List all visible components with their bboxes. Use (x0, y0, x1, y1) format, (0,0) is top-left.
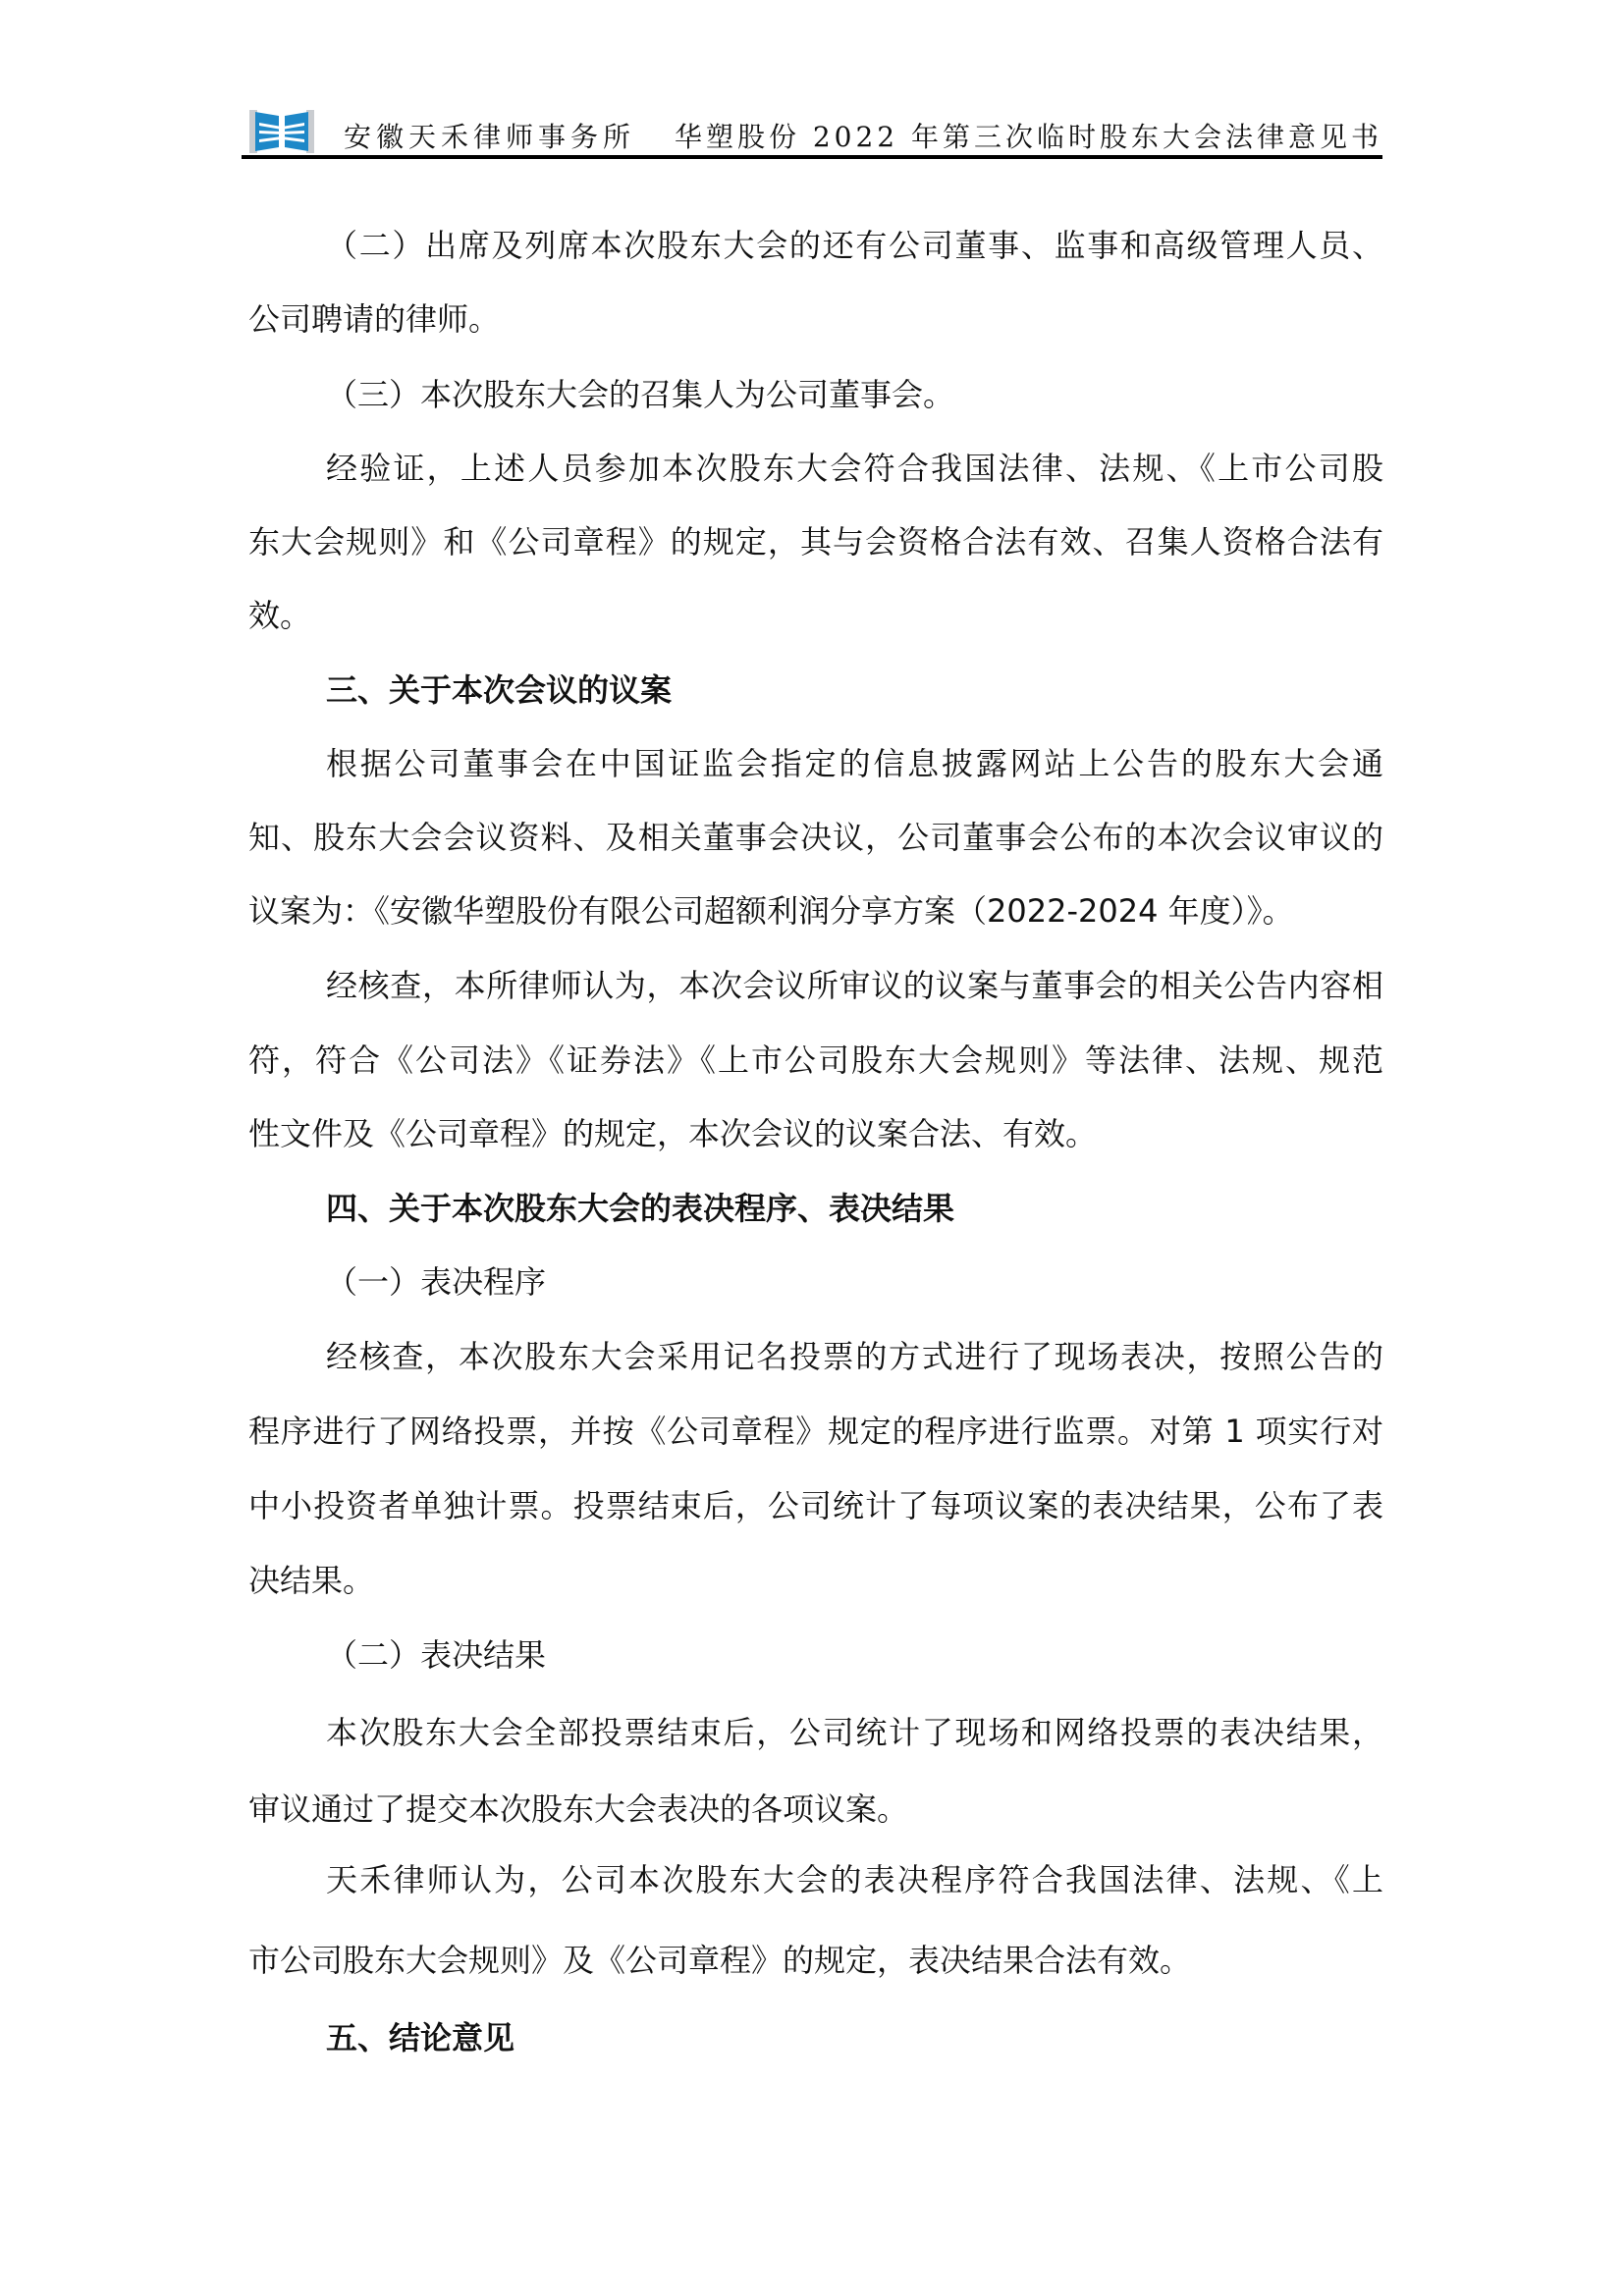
section-heading-3: 三、关于本次会议的议案 (326, 668, 1383, 712)
paragraph-line: 本次股东大会全部投票结束后，公司统计了现场和网络投票的表决结果， (326, 1711, 1383, 1754)
subsection-title: （二）表决结果 (326, 1633, 1461, 1677)
paragraph-line: 符，符合《公司法》《证券法》《上市公司股东大会规则》等法律、法规、规范 (248, 1039, 1383, 1082)
paragraph-line: 经核查，本所律师认为，本次会议所审议的议案与董事会的相关公告内容相 (326, 964, 1383, 1007)
paragraph-line: 天禾律师认为，公司本次股东大会的表决程序符合我国法律、法规、《上 (326, 1858, 1383, 1901)
paragraph-line: 性文件及《公司章程》的规定，本次会议的议案合法、有效。 (248, 1112, 1383, 1155)
paragraph-line: 经验证，上述人员参加本次股东大会符合我国法律、法规、《上市公司股 (326, 447, 1383, 490)
paragraph-line: 效。 (248, 594, 1383, 637)
paragraph-line: 程序进行了网络投票，并按《公司章程》规定的程序进行监票。对第 1 项实行对 (248, 1410, 1383, 1453)
section-heading-5: 五、结论意见 (326, 2016, 1383, 2059)
paragraph-line: 中小投资者单独计票。投票结束后，公司统计了每项议案的表决结果，公布了表 (248, 1484, 1383, 1527)
header-divider (242, 155, 1382, 159)
page-header: 安徽天禾律师事务所 华塑股份 2022 年第三次临时股东大会法律意见书 (242, 106, 1382, 161)
section-heading-4: 四、关于本次股东大会的表决程序、表决结果 (326, 1187, 1383, 1230)
document-title: 华塑股份 2022 年第三次临时股东大会法律意见书 (675, 116, 1382, 155)
law-firm-logo-icon (249, 110, 314, 153)
paragraph-line: 公司聘请的律师。 (248, 297, 1383, 341)
paragraph-line: 经核查，本次股东大会采用记名投票的方式进行了现场表决，按照公告的 (326, 1335, 1383, 1378)
paragraph-line: 知、股东大会会议资料、及相关董事会决议，公司董事会公布的本次会议审议的 (248, 816, 1383, 859)
paragraph-line: （二）出席及列席本次股东大会的还有公司董事、监事和高级管理人员、 (326, 224, 1383, 267)
paragraph-line: （三）本次股东大会的召集人为公司董事会。 (326, 373, 1383, 416)
paragraph-line: 市公司股东大会规则》及《公司章程》的规定，表决结果合法有效。 (248, 1939, 1383, 1982)
paragraph-line: 议案为：《安徽华塑股份有限公司超额利润分享方案（2022-2024 年度）》。 (248, 889, 1383, 933)
paragraph-line: 审议通过了提交本次股东大会表决的各项议案。 (248, 1788, 1383, 1831)
firm-name: 安徽天禾律师事务所 (344, 116, 635, 155)
paragraph-line: 东大会规则》和《公司章程》的规定，其与会资格合法有效、召集人资格合法有 (248, 520, 1383, 563)
paragraph-line: 决结果。 (248, 1559, 1383, 1602)
paragraph-line: 根据公司董事会在中国证监会指定的信息披露网站上公告的股东大会通 (326, 742, 1383, 785)
subsection-title: （一）表决程序 (326, 1260, 1461, 1304)
